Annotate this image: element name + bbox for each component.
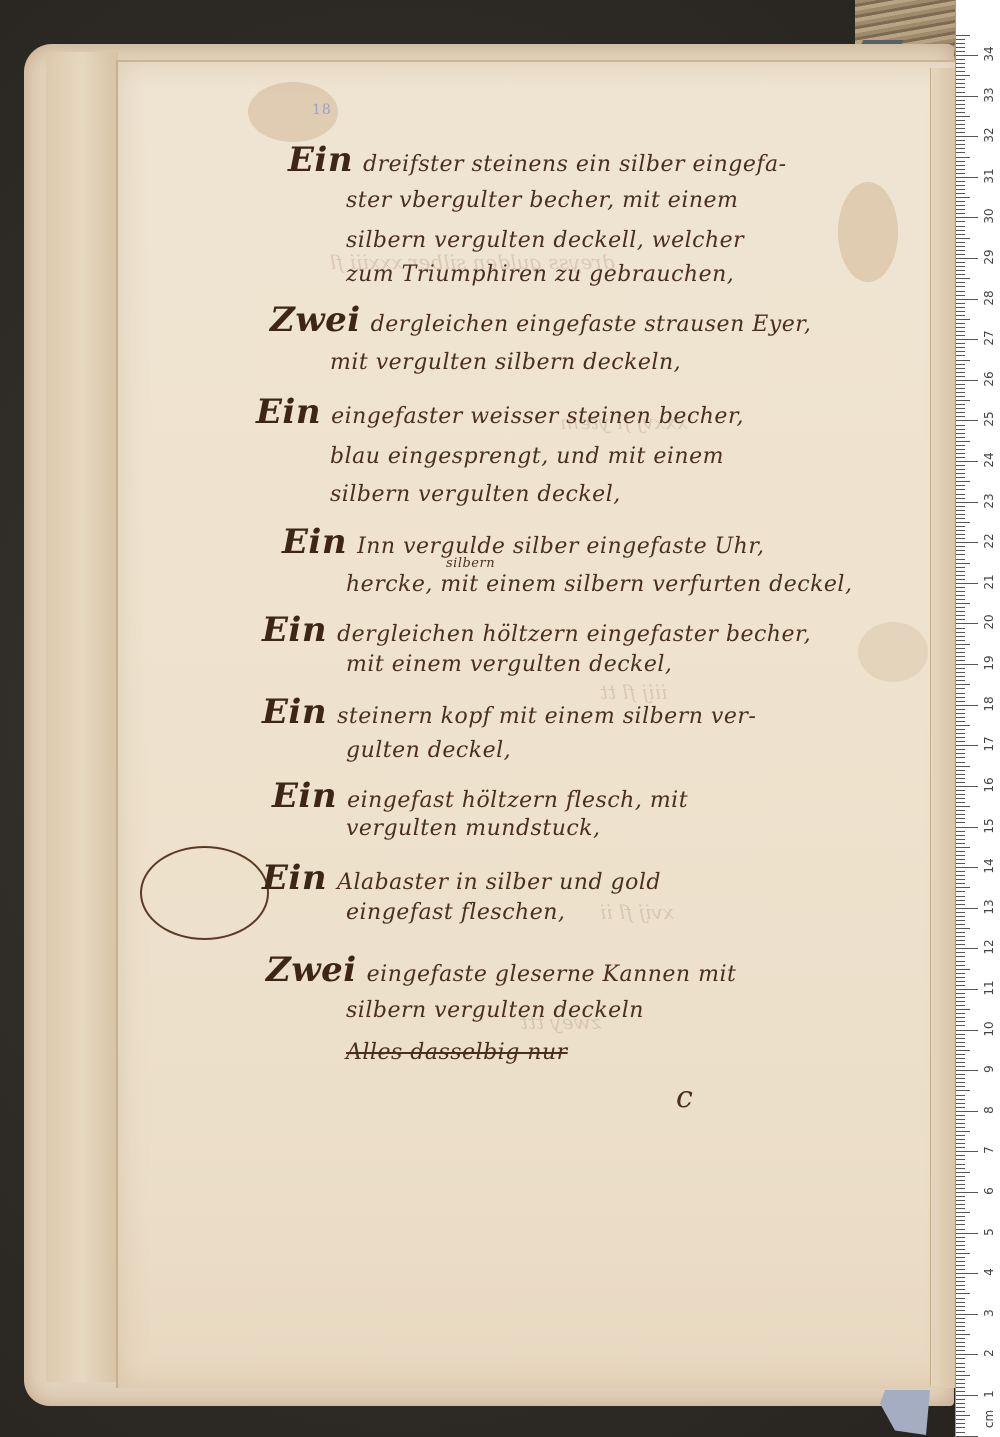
ruler-tick bbox=[956, 274, 965, 275]
ruler-tick bbox=[956, 956, 965, 957]
ruler-tick bbox=[956, 701, 965, 702]
page-edge bbox=[930, 68, 955, 1386]
ruler-tick bbox=[956, 1277, 965, 1278]
ruler-tick bbox=[956, 193, 965, 194]
ruler-tick bbox=[956, 51, 965, 52]
ruler-label: 16 bbox=[982, 775, 996, 795]
ruler-tick bbox=[956, 1208, 965, 1209]
ruler-label: 23 bbox=[982, 491, 996, 511]
ruler-tick bbox=[956, 879, 965, 880]
ruler-tick bbox=[956, 1017, 965, 1018]
ruler-tick bbox=[956, 213, 965, 214]
ruler-tick bbox=[956, 822, 965, 823]
ruler-tick bbox=[956, 973, 965, 974]
ruler-tick bbox=[956, 477, 965, 478]
ruler-tick bbox=[956, 936, 965, 937]
ruler-tick bbox=[956, 1139, 965, 1140]
ruler-tick bbox=[956, 1269, 965, 1270]
ruler-tick bbox=[956, 1399, 965, 1400]
entry-7-line-2: vergulten mundstuck, bbox=[346, 816, 601, 841]
ruler-tick bbox=[956, 1123, 965, 1124]
ruler-tick bbox=[956, 924, 965, 925]
ruler-tick bbox=[956, 445, 965, 446]
ruler-tick bbox=[956, 209, 965, 210]
ruler-tick bbox=[956, 197, 970, 198]
ruler-tick bbox=[956, 71, 965, 72]
entry-1-line-1: Eindreifster steinens ein silber eingefa… bbox=[288, 140, 787, 180]
ruler-label: 12 bbox=[982, 937, 996, 957]
ruler-tick bbox=[956, 173, 965, 174]
ruler-tick bbox=[956, 989, 978, 990]
folio-number: 18 bbox=[312, 102, 332, 118]
ruler-tick bbox=[956, 567, 965, 568]
ruler-tick bbox=[956, 128, 965, 129]
ruler-tick bbox=[956, 1302, 965, 1303]
stain bbox=[838, 182, 898, 282]
ruler-tick bbox=[956, 1338, 965, 1339]
ruler-tick bbox=[956, 1119, 965, 1120]
ruler-tick bbox=[956, 818, 965, 819]
ruler-tick bbox=[956, 96, 978, 97]
ruler-tick bbox=[956, 1229, 965, 1230]
ruler-tick bbox=[956, 693, 965, 694]
ruler-tick bbox=[956, 400, 970, 401]
ruler-tick bbox=[956, 1289, 965, 1290]
ruler-tick bbox=[956, 502, 978, 503]
ruler-tick bbox=[956, 1200, 965, 1201]
ruler-tick bbox=[956, 859, 965, 860]
ruler-tick bbox=[956, 201, 965, 202]
ruler-tick bbox=[956, 668, 965, 669]
ruler-tick bbox=[956, 234, 965, 235]
ruler-tick bbox=[956, 786, 978, 787]
ruler-tick bbox=[956, 680, 965, 681]
ruler-tick bbox=[956, 266, 965, 267]
entry-1-line-3: silbern vergulten deckell, welcher bbox=[346, 228, 744, 253]
ruler-tick bbox=[956, 1391, 965, 1392]
ruler-tick bbox=[956, 1354, 978, 1355]
ruler-tick bbox=[956, 741, 965, 742]
ruler-tick bbox=[956, 1086, 965, 1087]
ruler-tick bbox=[956, 177, 978, 178]
ruler-tick bbox=[956, 140, 965, 141]
ruler-tick bbox=[956, 1383, 965, 1384]
ruler-tick bbox=[956, 250, 965, 251]
ruler-tick bbox=[956, 396, 965, 397]
ruler-tick bbox=[956, 1188, 965, 1189]
ruler-tick bbox=[956, 1293, 970, 1294]
ruler-tick bbox=[956, 583, 978, 584]
leaf-edges bbox=[46, 52, 118, 1382]
ruler-tick bbox=[956, 1436, 978, 1437]
ruler-tick bbox=[956, 360, 970, 361]
ruler-tick bbox=[956, 1237, 965, 1238]
ruler-tick bbox=[956, 1265, 965, 1266]
ruler-tick bbox=[956, 863, 965, 864]
ruler-tick bbox=[956, 1330, 965, 1331]
ruler-tick bbox=[956, 603, 970, 604]
ruler-tick bbox=[956, 449, 965, 450]
ruler-tick bbox=[956, 737, 965, 738]
ruler-tick bbox=[956, 1245, 965, 1246]
ruler-tick bbox=[956, 1415, 970, 1416]
ruler-tick bbox=[956, 1407, 965, 1408]
ruler-tick bbox=[956, 120, 965, 121]
ruler-tick bbox=[956, 522, 970, 523]
entry-8-line-1: EinAlabaster in silber und gold bbox=[262, 858, 661, 898]
ruler-tick bbox=[956, 961, 965, 962]
ruler-tick bbox=[956, 1135, 965, 1136]
ruler-label: 30 bbox=[982, 206, 996, 226]
ruler-tick bbox=[956, 1058, 965, 1059]
ruler-tick bbox=[956, 1078, 965, 1079]
ruler-tick bbox=[956, 1322, 965, 1323]
cm-scale-ruler: cm12345678910111213141516171819202122232… bbox=[955, 0, 1000, 1437]
ruler-tick bbox=[956, 575, 965, 576]
ruler-tick bbox=[956, 1180, 965, 1181]
entry-3-line-1: Eineingefaster weisser steinen becher, bbox=[256, 392, 744, 432]
ruler-tick bbox=[956, 778, 965, 779]
ruler-tick bbox=[956, 1261, 965, 1262]
ruler-tick bbox=[956, 790, 965, 791]
ruler-tick bbox=[956, 1204, 965, 1205]
ruler-tick bbox=[956, 35, 970, 36]
entry-5-line-1: Eindergleichen höltzern eingefaster bech… bbox=[262, 610, 811, 650]
ruler-tick bbox=[956, 465, 965, 466]
ruler-tick bbox=[956, 1159, 965, 1160]
ruler-tick bbox=[956, 1427, 965, 1428]
ruler-tick bbox=[956, 92, 965, 93]
ruler-tick bbox=[956, 1090, 970, 1091]
ruler-tick bbox=[956, 831, 965, 832]
ruler-tick bbox=[956, 900, 965, 901]
ruler-tick bbox=[956, 550, 965, 551]
ruler-label: 34 bbox=[982, 44, 996, 64]
ruler-tick bbox=[956, 262, 965, 263]
ruler-tick bbox=[956, 364, 965, 365]
stain bbox=[858, 622, 928, 682]
ruler-tick bbox=[956, 1350, 965, 1351]
ruler-tick bbox=[956, 335, 965, 336]
ruler-tick bbox=[956, 672, 965, 673]
entry-8-line-2: eingefast fleschen, bbox=[346, 900, 565, 925]
ruler-tick bbox=[956, 311, 965, 312]
ruler-tick bbox=[956, 806, 970, 807]
ruler-tick bbox=[956, 388, 965, 389]
ruler-tick bbox=[956, 1318, 965, 1319]
ruler-tick bbox=[956, 1196, 965, 1197]
ruler-tick bbox=[956, 1310, 965, 1311]
ruler-tick bbox=[956, 116, 970, 117]
ruler-tick bbox=[956, 1363, 965, 1364]
entry-6-line-1: Einsteinern kopf mit einem silbern ver- bbox=[262, 692, 756, 732]
ruler-label: 25 bbox=[982, 409, 996, 429]
ruler-tick bbox=[956, 965, 965, 966]
ruler-tick bbox=[956, 1334, 970, 1335]
ruler-label: 31 bbox=[982, 166, 996, 186]
ruler-tick bbox=[956, 1281, 965, 1282]
ruler-tick bbox=[956, 238, 970, 239]
ruler-tick bbox=[956, 1423, 965, 1424]
ruler-tick bbox=[956, 684, 970, 685]
ruler-tick bbox=[956, 644, 970, 645]
entry-7-line-1: Eineingefast höltzern flesch, mit bbox=[272, 776, 688, 816]
ruler-tick bbox=[956, 1127, 965, 1128]
ruler-tick bbox=[956, 282, 965, 283]
ruler-label: 6 bbox=[982, 1181, 996, 1201]
ruler-label: 4 bbox=[982, 1262, 996, 1282]
ruler-tick bbox=[956, 847, 970, 848]
ruler-tick bbox=[956, 63, 965, 64]
ruler-tick bbox=[956, 619, 965, 620]
ruler-tick bbox=[956, 1021, 965, 1022]
ruler-tick bbox=[956, 307, 965, 308]
ruler-tick bbox=[956, 883, 965, 884]
ruler-tick bbox=[956, 412, 965, 413]
ruler-label: 11 bbox=[982, 978, 996, 998]
end-flourish: c bbox=[676, 1080, 693, 1115]
ruler-tick bbox=[956, 652, 965, 653]
ruler-tick bbox=[956, 1046, 965, 1047]
ruler-tick bbox=[956, 1379, 965, 1380]
ruler-tick bbox=[956, 303, 965, 304]
ruler-tick bbox=[956, 538, 965, 539]
ruler-tick bbox=[956, 136, 978, 137]
ruler-tick bbox=[956, 940, 965, 941]
ruler-tick bbox=[956, 579, 965, 580]
ruler-tick bbox=[956, 916, 965, 917]
ruler-tick bbox=[956, 1054, 965, 1055]
ruler-tick bbox=[956, 835, 965, 836]
ruler-label: 32 bbox=[982, 125, 996, 145]
ruler-tick bbox=[956, 295, 965, 296]
ruler-label: 8 bbox=[982, 1100, 996, 1120]
ruler-tick bbox=[956, 985, 965, 986]
ruler-tick bbox=[956, 1403, 965, 1404]
ruler-tick bbox=[956, 1143, 965, 1144]
ruler-tick bbox=[956, 392, 965, 393]
ruler-tick bbox=[956, 1285, 965, 1286]
ruler-tick bbox=[956, 351, 965, 352]
entry-3-line-2: blau eingesprengt, und mit einem bbox=[330, 444, 724, 469]
ruler-tick bbox=[956, 181, 965, 182]
ruler-tick bbox=[956, 1212, 970, 1213]
ruler-tick bbox=[956, 132, 965, 133]
ruler-tick bbox=[956, 1326, 965, 1327]
ruler-tick bbox=[956, 721, 965, 722]
ruler-label: 14 bbox=[982, 856, 996, 876]
ruler-tick bbox=[956, 246, 965, 247]
ruler-tick bbox=[956, 1164, 965, 1165]
ruler-tick bbox=[956, 757, 965, 758]
ruler-tick bbox=[956, 827, 978, 828]
ruler-tick bbox=[956, 205, 965, 206]
ruler-tick bbox=[956, 526, 965, 527]
ruler-tick bbox=[956, 185, 965, 186]
ruler-tick bbox=[956, 1395, 978, 1396]
ruler-label: 20 bbox=[982, 612, 996, 632]
ruler-tick bbox=[956, 368, 965, 369]
ruler-tick bbox=[956, 420, 978, 421]
ruler-tick bbox=[956, 843, 965, 844]
ruler-tick bbox=[956, 79, 965, 80]
ruler-tick bbox=[956, 969, 970, 970]
ruler-tick bbox=[956, 993, 965, 994]
ruler-tick bbox=[956, 473, 965, 474]
ruler-label: 19 bbox=[982, 653, 996, 673]
interlinear-note: silbern bbox=[446, 556, 495, 571]
ruler-tick bbox=[956, 753, 965, 754]
ruler-tick bbox=[956, 75, 970, 76]
ruler-tick bbox=[956, 798, 965, 799]
ruler-tick bbox=[956, 676, 965, 677]
ruler-label: 9 bbox=[982, 1059, 996, 1079]
ruler-tick bbox=[956, 1038, 965, 1039]
ruler-tick bbox=[956, 745, 978, 746]
ruler-tick bbox=[956, 59, 965, 60]
entry-3-line-3: silbern vergulten deckel, bbox=[330, 482, 621, 507]
struck-line: Alles dasselbig nur bbox=[346, 1040, 568, 1065]
ruler-label: 17 bbox=[982, 734, 996, 754]
ruler-tick bbox=[956, 607, 965, 608]
ruler-tick bbox=[956, 404, 965, 405]
ruler-tick bbox=[956, 489, 965, 490]
ruler-tick bbox=[956, 717, 965, 718]
ruler-tick bbox=[956, 948, 978, 949]
ruler-tick bbox=[956, 437, 965, 438]
ruler-tick bbox=[956, 534, 965, 535]
ruler-label: 18 bbox=[982, 694, 996, 714]
ruler-tick bbox=[956, 1314, 978, 1315]
ruler-tick bbox=[956, 331, 965, 332]
ruler-label: 5 bbox=[982, 1222, 996, 1242]
ruler-label: 10 bbox=[982, 1019, 996, 1039]
entry-9-line-1: Zweieingefaste gleserne Kannen mit bbox=[266, 950, 736, 990]
ruler-tick bbox=[956, 1176, 965, 1177]
ruler-tick bbox=[956, 688, 965, 689]
ruler-tick bbox=[956, 1253, 970, 1254]
ruler-tick bbox=[956, 43, 965, 44]
ruler-tick bbox=[956, 1257, 965, 1258]
ruler-tick bbox=[956, 615, 965, 616]
ruler-tick bbox=[956, 408, 965, 409]
ruler-tick bbox=[956, 814, 965, 815]
ruler-tick bbox=[956, 1070, 978, 1071]
ruler-tick bbox=[956, 457, 965, 458]
ruler-tick bbox=[956, 1346, 965, 1347]
ruler-tick bbox=[956, 1147, 965, 1148]
ruler-tick bbox=[956, 104, 965, 105]
ruler-tick bbox=[956, 563, 970, 564]
ruler-tick bbox=[956, 1025, 965, 1026]
ruler-tick bbox=[956, 1342, 965, 1343]
ruler-tick bbox=[956, 1168, 965, 1169]
ruler-tick bbox=[956, 242, 965, 243]
ruler-tick bbox=[956, 981, 965, 982]
ruler-tick bbox=[956, 904, 965, 905]
ruler-tick bbox=[956, 782, 965, 783]
ruler-label: 26 bbox=[982, 369, 996, 389]
ruler-tick bbox=[956, 1249, 965, 1250]
ruler-label: cm bbox=[982, 1409, 996, 1429]
ruler-tick bbox=[956, 664, 978, 665]
ruler-tick bbox=[956, 660, 965, 661]
ruler-label: 29 bbox=[982, 247, 996, 267]
ruler-tick bbox=[956, 498, 965, 499]
ruler-tick bbox=[956, 623, 978, 624]
flourish-loop bbox=[140, 846, 269, 940]
ruler-tick bbox=[956, 1387, 965, 1388]
ruler-tick bbox=[956, 230, 965, 231]
ruler-tick bbox=[956, 1131, 970, 1132]
ruler-tick bbox=[956, 599, 965, 600]
ruler-tick bbox=[956, 469, 965, 470]
ruler-tick bbox=[956, 1095, 965, 1096]
ruler-tick bbox=[956, 697, 965, 698]
ruler-tick bbox=[956, 591, 965, 592]
ruler-tick bbox=[956, 1192, 978, 1193]
ruler-tick bbox=[956, 339, 978, 340]
ruler-tick bbox=[956, 928, 970, 929]
ruler-tick bbox=[956, 319, 970, 320]
ruler-tick bbox=[956, 875, 965, 876]
ruler-tick bbox=[956, 494, 965, 495]
ruler-tick bbox=[956, 221, 965, 222]
ruler-tick bbox=[956, 810, 965, 811]
ruler-tick bbox=[956, 530, 965, 531]
ruler-tick bbox=[956, 952, 965, 953]
ruler-tick bbox=[956, 851, 965, 852]
ruler-tick bbox=[956, 1241, 965, 1242]
ruler-tick bbox=[956, 1298, 965, 1299]
ruler-tick bbox=[956, 1216, 965, 1217]
ruler-tick bbox=[956, 1042, 965, 1043]
ruler-tick bbox=[956, 1115, 965, 1116]
ruler-tick bbox=[956, 1103, 965, 1104]
ruler-tick bbox=[956, 157, 970, 158]
ruler-tick bbox=[956, 1099, 965, 1100]
ruler-tick bbox=[956, 453, 965, 454]
ruler-tick bbox=[956, 891, 965, 892]
ruler-tick bbox=[956, 1220, 965, 1221]
ruler-tick bbox=[956, 1273, 978, 1274]
ruler-tick bbox=[956, 1001, 965, 1002]
ruler-tick bbox=[956, 1367, 965, 1368]
ruler-tick bbox=[956, 920, 965, 921]
ruler-tick bbox=[956, 1411, 965, 1412]
ruler-tick bbox=[956, 1155, 965, 1156]
entry-initial: Ein bbox=[288, 140, 353, 180]
ruler-tick bbox=[956, 148, 965, 149]
ruler-tick bbox=[956, 802, 965, 803]
ruler-tick bbox=[956, 112, 965, 113]
ruler-label: 13 bbox=[982, 897, 996, 917]
entry-1-line-4: zum Triumphiren zu gebrauchen, bbox=[346, 262, 734, 287]
ruler-tick bbox=[956, 749, 965, 750]
entry-2-line-1: Zweidergleichen eingefaste strausen Eyer… bbox=[270, 300, 811, 340]
ruler-label: 22 bbox=[982, 531, 996, 551]
ruler-tick bbox=[956, 55, 978, 56]
ruler-tick bbox=[956, 628, 965, 629]
ruler-tick bbox=[956, 1375, 970, 1376]
ruler-label: 2 bbox=[982, 1343, 996, 1363]
ruler-tick bbox=[956, 729, 965, 730]
ruler-tick bbox=[956, 1013, 965, 1014]
ruler-tick bbox=[956, 867, 978, 868]
ruler-tick bbox=[956, 108, 965, 109]
ruler-tick bbox=[956, 1111, 978, 1112]
ruler-tick bbox=[956, 977, 965, 978]
